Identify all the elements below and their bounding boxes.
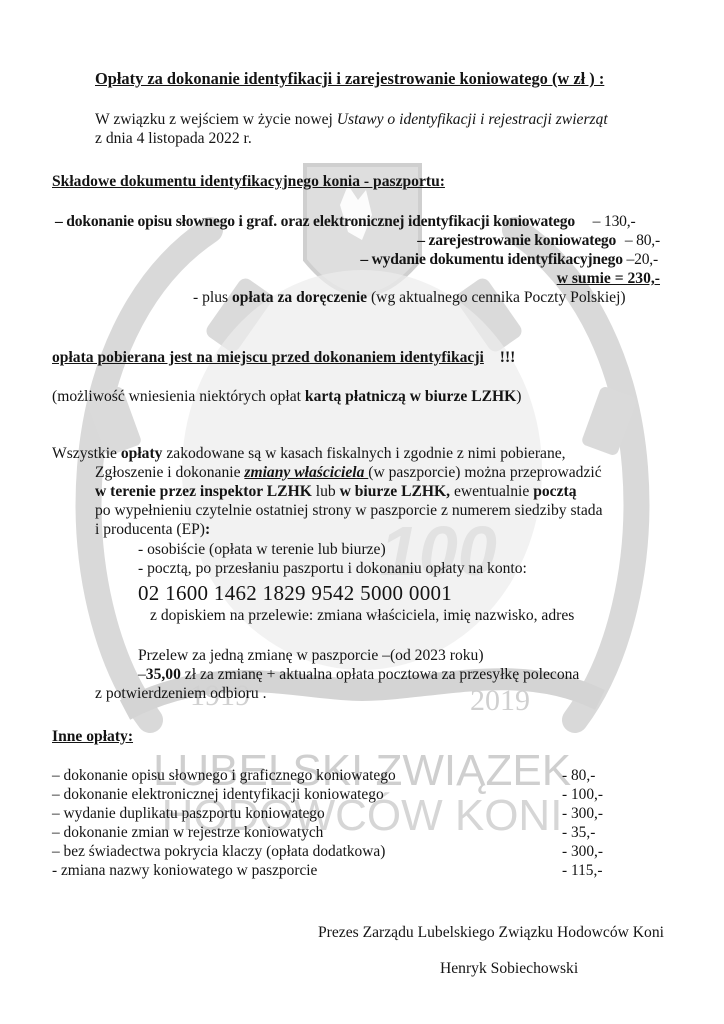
passport-item: – wydanie dokumentu identyfikacyjnego –2… [360,251,658,269]
card-note-prefix: (możliwość wniesienia niektórych opłat [52,388,305,405]
fee-label: – dokonanie elektronicznej identyfikacji… [52,786,384,803]
card-note-suffix: ) [516,388,521,405]
signature-title: Prezes Zarządu Lubelskiego Związku Hodow… [318,924,664,942]
fee-label: – wydanie duplikatu paszportu koniowateg… [52,805,325,822]
ownership-text: ewentualnie [450,483,533,500]
ownership-text: i producenta (EP) [95,521,205,538]
fee-amount: - 300,- [562,843,603,861]
transfer-note: z dopiskiem na przelewie: zmiana właścic… [150,607,574,625]
page-title: Opłaty za dokonanie identyfikacji i zare… [95,70,604,88]
fee-amount: - 300,- [562,805,603,823]
intro-line: W związku z wejściem w życie nowej Ustaw… [95,111,608,129]
ownership-line-2: Zgłoszenie i dokonanie zmiany właściciel… [95,464,602,482]
payment-notice: opłata pobierana jest na miejscu przed d… [52,349,515,367]
option-by-mail: - pocztą, po przesłaniu paszportu i doko… [138,560,527,578]
passport-item-amount: – 80,- [625,232,660,249]
ownership-text: (w paszporcie) można przeprowadzić [368,464,601,481]
passport-item-label: – wydanie dokumentu identyfikacyjnego [360,251,623,268]
fee-row: – dokonanie elektronicznej identyfikacji… [52,786,622,804]
ownership-bold: pocztą [533,483,576,500]
passport-item-label: – zarejestrowanie koniowatego [417,232,616,249]
transfer-fee-line-3: z potwierdzeniem odbioru . [95,685,266,703]
transfer-fee-text: zł za zmianę + aktualna opłata pocztowa … [181,666,579,683]
transfer-fee-line-2: –35,00 zł za zmianę + aktualna opłata po… [138,666,579,684]
transfer-fee-line-1: Przelew za jedną zmianę w paszporcie –(o… [138,647,484,665]
ownership-change-emphasis: zmiany właściciela [244,464,368,481]
passport-item-amount: –20,- [627,251,658,268]
fee-amount: - 80,- [562,767,595,785]
fee-row: – dokonanie opisu słownego i graficznego… [52,767,622,785]
delivery-suffix: (wg aktualnego cennika Poczty Polskiej) [367,289,626,306]
transfer-fee-dash: – [138,666,146,683]
option-in-person: - osobiście (opłata w terenie lub biurze… [138,541,386,559]
delivery-bold: opłata za doręczenie [232,289,367,306]
fee-row: – wydanie duplikatu paszportu koniowateg… [52,805,622,823]
delivery-prefix: - plus [193,289,232,306]
passport-item-amount: – 130,- [593,213,636,230]
ownership-text: Wszystkie [52,445,121,462]
ownership-line-4: po wypełnieniu czytelnie ostatniej stron… [95,502,603,520]
ownership-bold: w biurze LZHK, [340,483,450,500]
bank-account-number: 02 1600 1462 1829 9542 5000 0001 [138,581,452,605]
other-fees-heading: Inne opłaty: [52,728,133,746]
ownership-bold: w terenie przez inspektor LZHK [95,483,312,500]
ownership-bold: opłaty [121,445,163,462]
signature-name: Henryk Sobiechowski [440,960,578,978]
fee-row: – bez świadectwa pokrycia klaczy (opłata… [52,843,622,861]
passport-total: w sumie = 230,- [557,270,660,288]
passport-item-label: – dokonanie opisu słownego i graf. oraz … [55,213,575,230]
ownership-text: Zgłoszenie i dokonanie [95,464,244,481]
card-note-bold: kartą płatniczą w biurze LZHK [305,388,516,405]
fee-label: – bez świadectwa pokrycia klaczy (opłata… [52,843,385,860]
passport-item: – dokonanie opisu słownego i graf. oraz … [55,213,635,231]
passport-section-heading: Składowe dokumentu identyfikacyjnego kon… [52,173,445,191]
ownership-text: zakodowane są w kasach fiskalnych i zgod… [162,445,565,462]
fee-label: – dokonanie zmian w rejestrze koniowatyc… [52,824,323,841]
law-name: Ustawy o identyfikacji i rejestracji zwi… [337,111,608,128]
intro-prefix: W związku z wejściem w życie nowej [95,111,337,128]
fee-amount: - 115,- [562,862,602,880]
delivery-note: - plus opłata za doręczenie (wg aktualne… [193,289,626,307]
card-payment-note: (możliwość wniesienia niektórych opłat k… [52,388,522,406]
ownership-line-1: Wszystkie opłaty zakodowane są w kasach … [52,445,566,463]
ownership-text: lub [312,483,340,500]
intro-date: z dnia 4 listopada 2022 r. [95,130,252,148]
fee-row: - zmiana nazwy koniowatego w paszporcie … [52,862,622,880]
ownership-colon: : [205,521,210,538]
fee-row: – dokonanie zmian w rejestrze koniowatyc… [52,824,622,842]
fee-label: – dokonanie opisu słownego i graficznego… [52,767,396,784]
fee-amount: - 100,- [562,786,603,804]
ownership-line-5: i producenta (EP): [95,521,210,539]
fee-document: Opłaty za dokonanie identyfikacji i zare… [0,0,724,1024]
passport-item: – zarejestrowanie koniowatego – 80,- [417,232,660,250]
fee-amount: - 35,- [562,824,595,842]
payment-notice-text: opłata pobierana jest na miejscu przed d… [52,349,484,366]
payment-notice-exclaim: !!! [500,349,516,366]
fee-label: - zmiana nazwy koniowatego w paszporcie [52,862,317,879]
ownership-line-3: w terenie przez inspektor LZHK lub w biu… [95,483,577,501]
transfer-fee-amount: 35,00 [146,666,181,683]
